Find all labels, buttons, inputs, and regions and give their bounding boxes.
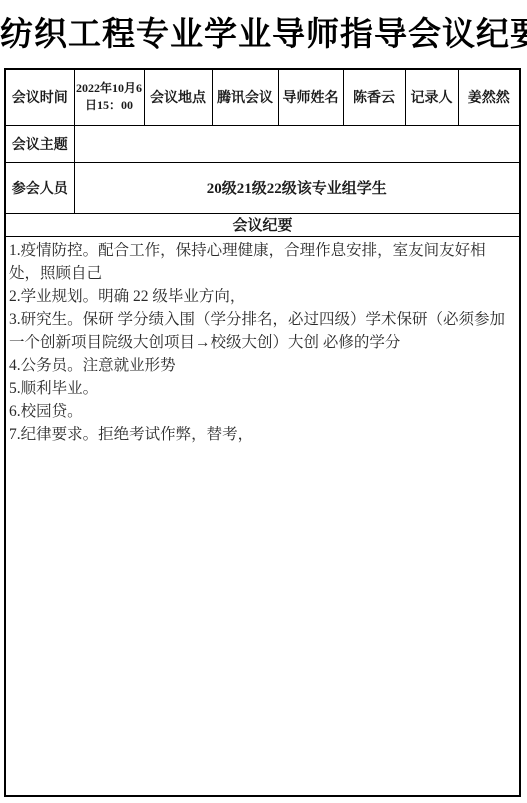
recorder-label: 记录人 [405,69,458,125]
minutes-item-7: 7.纪律要求。拒绝考试作弊，替考， [9,423,515,446]
meeting-time-label: 会议时间 [5,69,74,125]
attendees-label: 参会人员 [5,162,74,213]
meeting-topic-value [74,125,520,162]
minutes-item-6: 6.校园贷。 [9,400,515,423]
minutes-item-2: 2.学业规划。明确 22 级毕业方向， [9,285,515,308]
attendees-row: 参会人员 20级21级22级该专业组学生 [5,162,520,213]
document-page: 纺织工程专业学业导师指导会议纪要 会议时间 2022年10月6日15：00 会议… [0,0,527,803]
minutes-body: 1.疫情防控。配合工作，保持心理健康，合理作息安排，室友间友好相处，照顾自己 2… [5,236,520,796]
minutes-body-row: 1.疫情防控。配合工作，保持心理健康，合理作息安排，室友间友好相处，照顾自己 2… [5,236,520,796]
meeting-location-value: 腾讯会议 [212,69,278,125]
topic-row: 会议主题 [5,125,520,162]
meeting-minutes-table: 会议时间 2022年10月6日15：00 会议地点 腾讯会议 导师姓名 陈香云 … [4,68,521,797]
minutes-item-4: 4.公务员。注意就业形势 [9,354,515,377]
meeting-location-label: 会议地点 [144,69,212,125]
page-title: 纺织工程专业学业导师指导会议纪要 [0,0,527,60]
mentor-name-label: 导师姓名 [278,69,343,125]
attendees-value: 20级21级22级该专业组学生 [74,162,520,213]
minutes-item-3: 3.研究生。保研 学分绩入围（学分排名，必过四级）学术保研（必须参加一个创新项目… [9,308,515,354]
meeting-time-value: 2022年10月6日15：00 [74,69,144,125]
recorder-value: 姜然然 [458,69,520,125]
minutes-item-5: 5.顺利毕业。 [9,377,515,400]
mentor-name-value: 陈香云 [343,69,405,125]
minutes-header: 会议纪要 [5,213,520,236]
minutes-header-row: 会议纪要 [5,213,520,236]
minutes-item-1: 1.疫情防控。配合工作，保持心理健康，合理作息安排，室友间友好相处，照顾自己 [9,239,515,285]
info-row: 会议时间 2022年10月6日15：00 会议地点 腾讯会议 导师姓名 陈香云 … [5,69,520,125]
meeting-topic-label: 会议主题 [5,125,74,162]
